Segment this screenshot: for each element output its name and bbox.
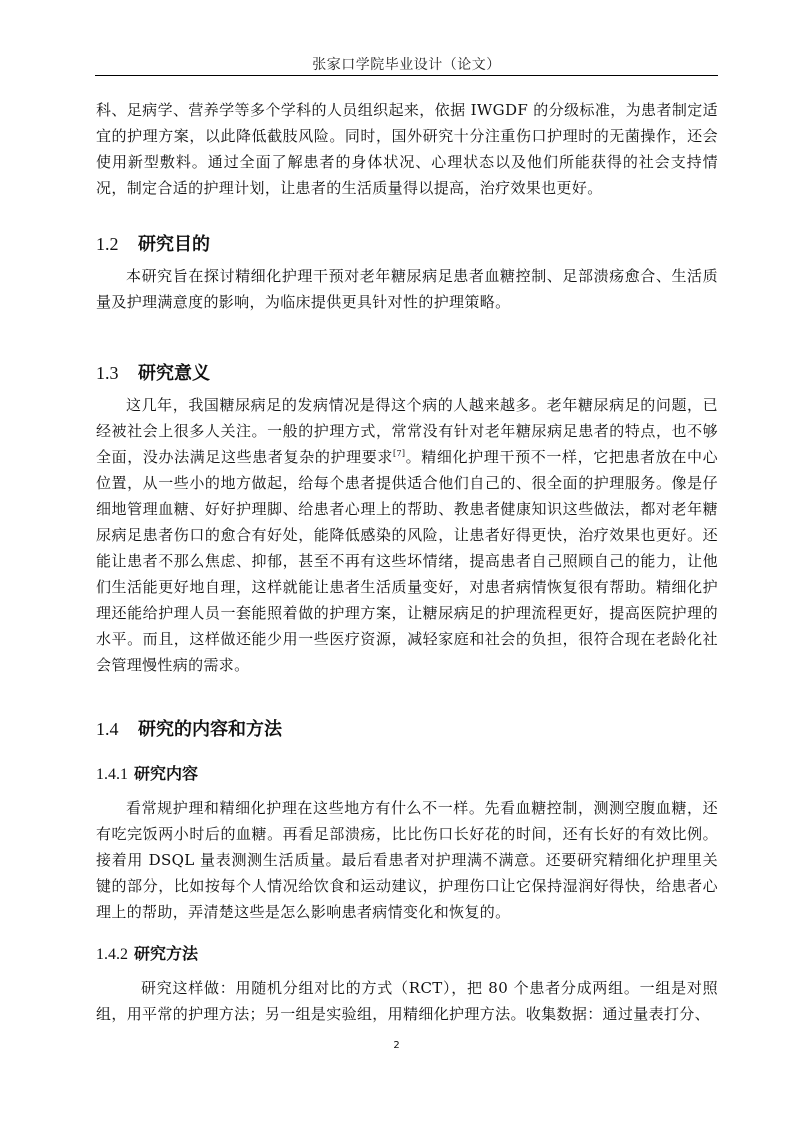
document-page: 张家口学院毕业设计（论文） 科、足病学、营养学等多个学科的人员组织起来，依据 I… [0,0,793,1122]
subsection-number: 1.4.2 [96,943,134,967]
section-heading: 1.3研究意义 [96,360,718,387]
body-paragraph: 科、足病学、营养学等多个学科的人员组织起来，依据 IWGDF 的分级标准，为患者… [96,97,718,201]
section-heading: 1.2研究目的 [96,231,718,258]
body-paragraph: 研究这样做：用随机分组对比的方式（RCT），把 80 个患者分成两组。一组是对照… [96,975,718,1027]
section-title: 研究意义 [138,363,210,384]
section-number: 1.3 [96,360,138,386]
citation-marker: [7] [393,449,405,458]
body-paragraph: 本研究旨在探讨精细化护理干预对老年糖尿病足患者血糖控制、足部溃疡愈合、生活质量及… [96,263,718,315]
section-1-4: 1.4研究的内容和方法 [96,716,718,743]
running-header: 张家口学院毕业设计（论文） [95,54,718,74]
intro-block: 科、足病学、营养学等多个学科的人员组织起来，依据 IWGDF 的分级标准，为患者… [96,97,718,201]
section-1-3: 1.3研究意义 这几年，我国糖尿病足的发病情况是得这个病的人越来越多。老年糖尿病… [96,360,718,678]
body-paragraph: 看常规护理和精细化护理在这些地方有什么不一样。先看血糖控制，测测空腹血糖，还有吃… [96,795,718,925]
page-number: 2 [0,1040,793,1051]
subsection-title: 研究方法 [134,944,198,963]
header-divider [95,75,718,76]
subsection-heading: 1.4.2研究方法 [96,942,718,967]
section-number: 1.2 [96,231,138,257]
subsection-1-4-1: 1.4.1研究内容 看常规护理和精细化护理在这些地方有什么不一样。先看血糖控制，… [96,762,718,925]
paragraph-text: 。精细化护理干预不一样，它把患者放在中心位置，从一些小的地方做起，给每个患者提供… [96,448,718,674]
subsection-title: 研究内容 [134,764,198,783]
subsection-number: 1.4.1 [96,763,134,787]
subsection-1-4-2: 1.4.2研究方法 研究这样做：用随机分组对比的方式（RCT），把 80 个患者… [96,942,718,1027]
body-paragraph: 这几年，我国糖尿病足的发病情况是得这个病的人越来越多。老年糖尿病足的问题，已经被… [96,392,718,678]
section-title: 研究的内容和方法 [138,719,282,740]
section-1-2: 1.2研究目的 本研究旨在探讨精细化护理干预对老年糖尿病足患者血糖控制、足部溃疡… [96,231,718,315]
section-heading: 1.4研究的内容和方法 [96,716,718,743]
subsection-heading: 1.4.1研究内容 [96,762,718,787]
section-title: 研究目的 [138,234,210,255]
section-number: 1.4 [96,716,138,742]
